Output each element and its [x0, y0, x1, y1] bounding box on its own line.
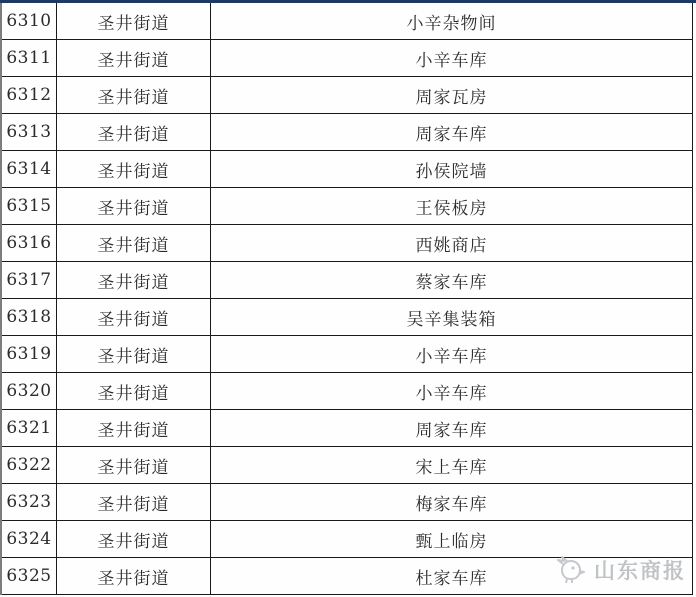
cell-serial-number: 6318 [2, 299, 57, 335]
cell-street-name: 圣井街道 [57, 299, 211, 335]
cell-serial-number: 6311 [2, 40, 57, 76]
cell-place-name: 周家车库 [211, 114, 692, 150]
cell-street-name: 圣井街道 [57, 447, 211, 483]
cell-serial-number: 6317 [2, 262, 57, 298]
cell-street-name: 圣井街道 [57, 77, 211, 113]
cell-serial-number: 6323 [2, 484, 57, 520]
cell-serial-number: 6313 [2, 114, 57, 150]
cell-street-name: 圣井街道 [57, 521, 211, 557]
cell-serial-number: 6319 [2, 336, 57, 372]
table-row: 6319 圣井街道 小辛车库 [2, 336, 692, 373]
cell-place-name: 吴辛集装箱 [211, 299, 692, 335]
data-table: 6310 圣井街道 小辛杂物间 6311 圣井街道 小辛车库 6312 圣井街道… [0, 3, 693, 595]
table-row: 6322 圣井街道 宋上车库 [2, 447, 692, 484]
table-row: 6316 圣井街道 西姚商店 [2, 225, 692, 262]
cell-place-name: 甄上临房 [211, 521, 692, 557]
table-row: 6320 圣井街道 小辛车库 [2, 373, 692, 410]
cell-serial-number: 6321 [2, 410, 57, 446]
cell-street-name: 圣井街道 [57, 262, 211, 298]
table-row: 6325 圣井街道 杜家车库 [2, 558, 692, 595]
cell-place-name: 小辛车库 [211, 373, 692, 409]
cell-serial-number: 6314 [2, 151, 57, 187]
table-row: 6324 圣井街道 甄上临房 [2, 521, 692, 558]
table-row: 6318 圣井街道 吴辛集装箱 [2, 299, 692, 336]
cell-street-name: 圣井街道 [57, 336, 211, 372]
table-row: 6310 圣井街道 小辛杂物间 [2, 3, 692, 40]
table-row: 6311 圣井街道 小辛车库 [2, 40, 692, 77]
table-row: 6323 圣井街道 梅家车库 [2, 484, 692, 521]
cell-serial-number: 6315 [2, 188, 57, 224]
cell-street-name: 圣井街道 [57, 558, 211, 594]
cell-street-name: 圣井街道 [57, 225, 211, 261]
cell-place-name: 小辛车库 [211, 336, 692, 372]
cell-serial-number: 6325 [2, 558, 57, 594]
table-row: 6315 圣井街道 王侯板房 [2, 188, 692, 225]
cell-place-name: 周家车库 [211, 410, 692, 446]
cell-place-name: 王侯板房 [211, 188, 692, 224]
cell-street-name: 圣井街道 [57, 40, 211, 76]
cell-place-name: 孙侯院墙 [211, 151, 692, 187]
cell-place-name: 小辛车库 [211, 40, 692, 76]
cell-street-name: 圣井街道 [57, 484, 211, 520]
table-row: 6317 圣井街道 蔡家车库 [2, 262, 692, 299]
cell-serial-number: 6322 [2, 447, 57, 483]
cell-street-name: 圣井街道 [57, 3, 211, 39]
cell-place-name: 蔡家车库 [211, 262, 692, 298]
cell-street-name: 圣井街道 [57, 151, 211, 187]
cell-street-name: 圣井街道 [57, 188, 211, 224]
table-row: 6321 圣井街道 周家车库 [2, 410, 692, 447]
cell-serial-number: 6324 [2, 521, 57, 557]
cell-place-name: 西姚商店 [211, 225, 692, 261]
cell-place-name: 周家瓦房 [211, 77, 692, 113]
cell-serial-number: 6320 [2, 373, 57, 409]
cell-place-name: 宋上车库 [211, 447, 692, 483]
cell-serial-number: 6310 [2, 3, 57, 39]
cell-street-name: 圣井街道 [57, 373, 211, 409]
table-row: 6313 圣井街道 周家车库 [2, 114, 692, 151]
table-screenshot: 6310 圣井街道 小辛杂物间 6311 圣井街道 小辛车库 6312 圣井街道… [0, 0, 696, 597]
cell-place-name: 杜家车库 [211, 558, 692, 594]
cell-street-name: 圣井街道 [57, 114, 211, 150]
cell-street-name: 圣井街道 [57, 410, 211, 446]
cell-serial-number: 6312 [2, 77, 57, 113]
cell-place-name: 梅家车库 [211, 484, 692, 520]
cell-serial-number: 6316 [2, 225, 57, 261]
table-row: 6314 圣井街道 孙侯院墙 [2, 151, 692, 188]
table-row: 6312 圣井街道 周家瓦房 [2, 77, 692, 114]
cell-place-name: 小辛杂物间 [211, 3, 692, 39]
